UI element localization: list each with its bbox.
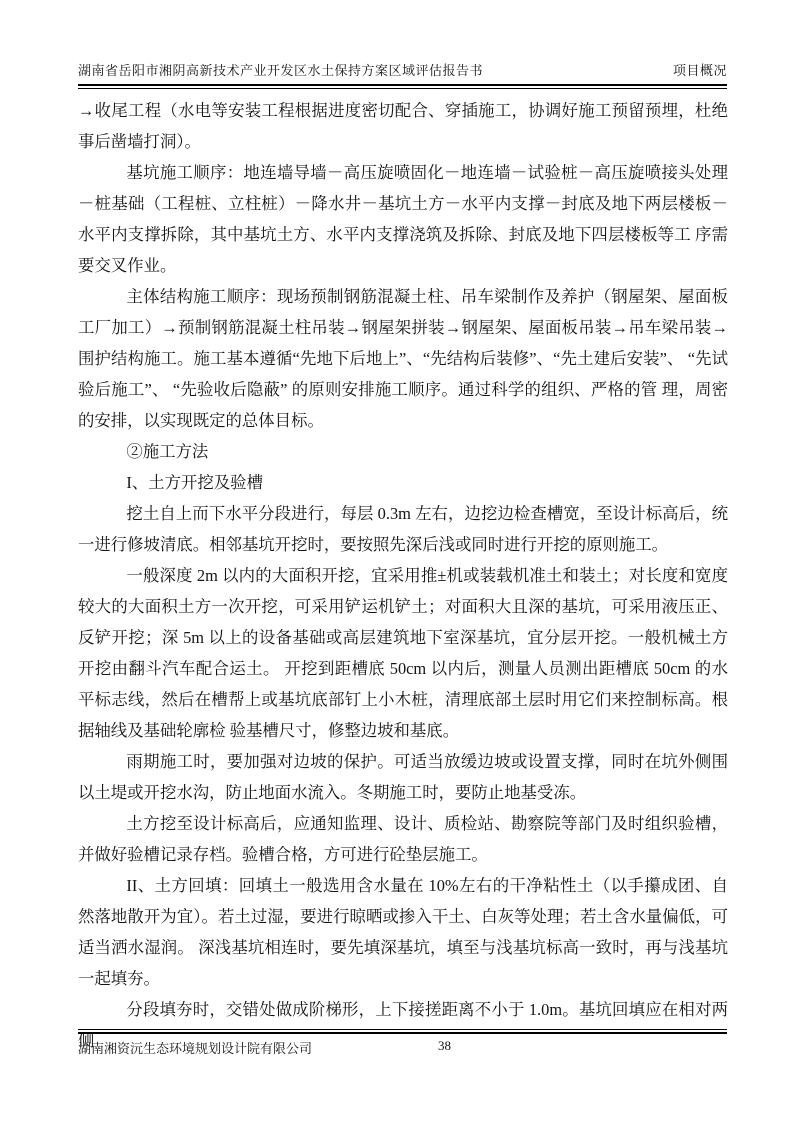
paragraph: 一般深度 2m 以内的大面积开挖，宜采用推±机或装载机准土和装土；对长度和宽度较… bbox=[78, 560, 728, 746]
footer-page-number: 38 bbox=[438, 1038, 451, 1054]
footer-rule bbox=[78, 1029, 727, 1034]
page-footer: 湖南湘资沅生态环境规划设计院有限公司 38 bbox=[78, 1038, 727, 1058]
paragraph: →收尾工程（水电等安装工程根据进度密切配合、穿插施工，协调好施工预留预埋，杜绝事… bbox=[78, 95, 728, 157]
paragraph: 主体结构施工顺序：现场预制钢筋混凝土柱、吊车梁制作及养护（钢屋架、屋面板 工厂加… bbox=[78, 281, 728, 436]
footer-company-name: 湖南湘资沅生态环境规划设计院有限公司 bbox=[78, 1038, 312, 1057]
paragraph: I、土方开挖及验槽 bbox=[78, 467, 728, 498]
header-section-title: 项目概况 bbox=[673, 60, 727, 79]
document-page: 湖南省岳阳市湘阴高新技术产业开发区水土保持方案区域评估报告书 项目概况 →收尾工… bbox=[0, 0, 793, 1122]
paragraph: 挖土自上而下水平分段进行，每层 0.3m 左右，边挖边检查槽宽，至设计标高后，统… bbox=[78, 498, 728, 560]
header-report-title: 湖南省岳阳市湘阴高新技术产业开发区水土保持方案区域评估报告书 bbox=[78, 60, 483, 79]
paragraph: 基坑施工顺序：地连墙导墙－高压旋喷固化－地连墙－试验桩－高压旋喷接头处理－桩基础… bbox=[78, 157, 728, 281]
paragraph: ②施工方法 bbox=[78, 436, 728, 467]
header-rule bbox=[78, 84, 727, 89]
paragraph: 雨期施工时，要加强对边坡的保护。可适当放缓边坡或设置支撑，同时在坑外侧围以土堤或… bbox=[78, 746, 728, 808]
page-header: 湖南省岳阳市湘阴高新技术产业开发区水土保持方案区域评估报告书 项目概况 bbox=[78, 60, 727, 79]
document-body: →收尾工程（水电等安装工程根据进度密切配合、穿插施工，协调好施工预留预埋，杜绝事… bbox=[78, 95, 728, 1056]
paragraph: 土方挖至设计标高后，应通知监理、设计、质检站、勘察院等部门及时组织验槽，并做好验… bbox=[78, 808, 728, 870]
paragraph: II、土方回填：回填土一般选用含水量在 10%左右的干净粘性土（以手攥成团、自然… bbox=[78, 870, 728, 994]
